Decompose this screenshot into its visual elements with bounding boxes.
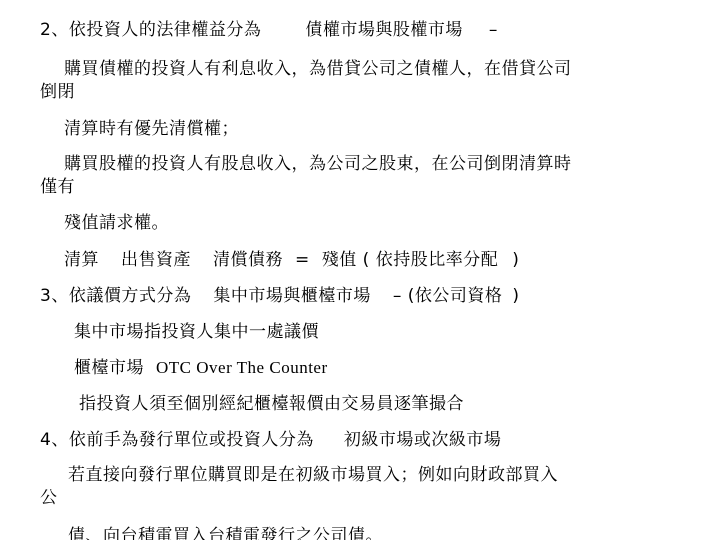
section-4-heading: 4、依前手為發行單位或投資人分為初級市場或次級市場	[40, 430, 501, 450]
section-3-heading: 3、依議價方式分為集中市場與櫃檯市場– (依公司資格)	[40, 286, 520, 306]
formula-liquidation: 清算出售資產清償債務=殘值 ( 依持股比率分配)	[64, 250, 519, 270]
paragraph-residual-claim: 殘值請求權。	[64, 213, 169, 233]
section-2-heading: 2、依投資人的法律權益分為債權市場與股權市場–	[40, 20, 498, 40]
paragraph-centralized-market: 集中市場指投資人集中一處議價	[74, 322, 319, 342]
formula-term-residual: 殘值 ( 依持股比率分配	[322, 250, 498, 270]
paragraph-bond-income: 購買債權的投資人有利息收入，為借貸公司之債權人，在借貸公司	[64, 59, 572, 79]
paragraph-equity-income-wrap: 僅有	[40, 177, 75, 197]
section-4-heading-prefix: 4、依前手為發行單位或投資人分為	[40, 430, 314, 450]
section-3-heading-close: )	[512, 286, 519, 306]
paragraph-priority-claim: 清算時有優先清償權；	[64, 119, 239, 139]
section-3-heading-value: 集中市場與櫃檯市場	[213, 286, 371, 306]
section-2-heading-suffix: –	[489, 20, 498, 40]
formula-equals: =	[295, 250, 310, 270]
section-3-heading-prefix: 3、依議價方式分為	[40, 286, 191, 306]
paragraph-primary-market-example: 債、向台積電買入台積電發行之公司債。	[68, 526, 383, 540]
otc-label: 櫃檯市場	[74, 358, 144, 378]
paragraph-primary-market-wrap: 公	[40, 488, 58, 508]
paragraph-primary-market: 若直接向發行單位購買即是在初級市場買入；例如向財政部買入	[68, 465, 558, 485]
paragraph-otc-description: 指投資人須至個別經紀櫃檯報價由交易員逐筆撮合	[79, 394, 464, 414]
section-2-heading-prefix: 2、依投資人的法律權益分為	[40, 20, 261, 40]
paragraph-equity-income: 購買股權的投資人有股息收入，為公司之股東，在公司倒閉清算時	[64, 154, 572, 174]
paragraph-bond-income-wrap: 倒閉	[40, 82, 75, 102]
section-2-heading-value: 債權市場與股權市場	[305, 20, 463, 40]
section-3-heading-suffix: – (依公司資格	[393, 286, 503, 306]
formula-term-repay-debt: 清償債務	[213, 250, 283, 270]
section-4-heading-value: 初級市場或次級市場	[344, 430, 502, 450]
formula-term-liquidation: 清算	[64, 250, 99, 270]
formula-term-sell-assets: 出售資產	[121, 250, 191, 270]
paragraph-otc-market: 櫃檯市場OTC Over The Counter	[74, 358, 328, 378]
formula-close-paren: )	[512, 250, 519, 270]
otc-english: OTC Over The Counter	[156, 358, 328, 377]
